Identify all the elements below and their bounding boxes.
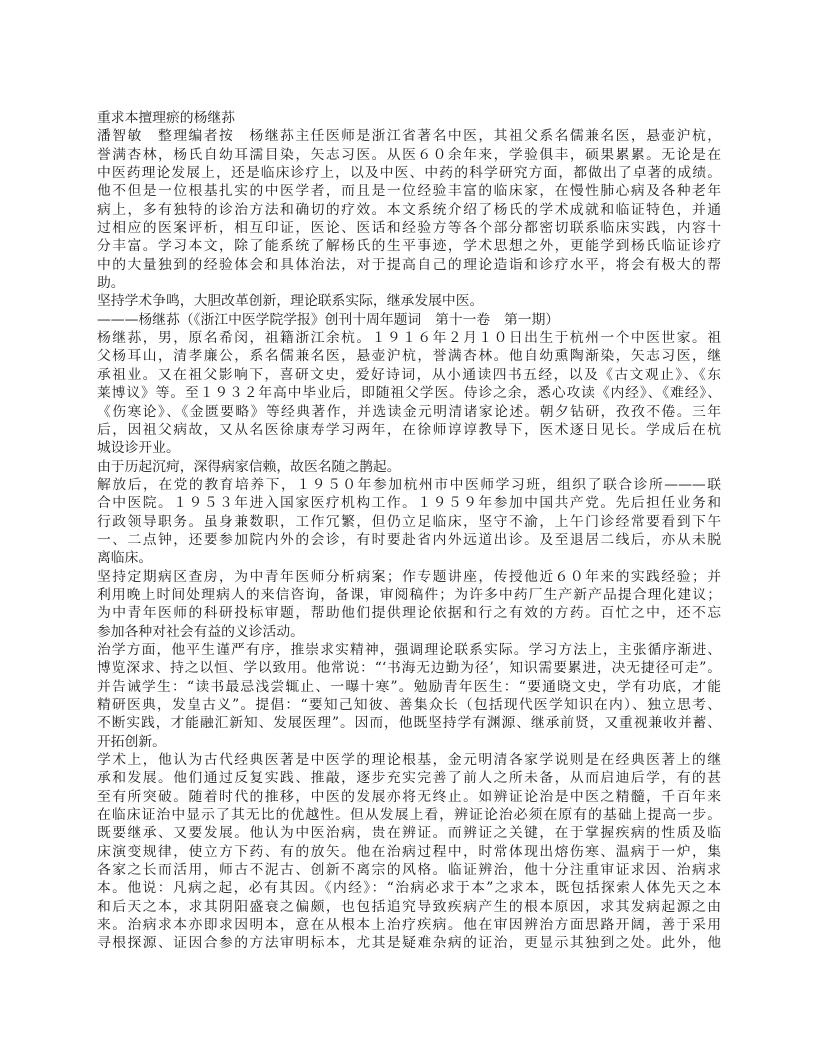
text-line: 他不但是一位根基扎实的中医学者，而且是一位经验丰富的临床家，在慢性肺心病及各种老… — [97, 182, 721, 200]
text-line: 坚持学术争鸣，大胆改革创新，理论联系实际，继承发展中医。 — [97, 292, 721, 310]
text-line: 杨继荪，男，原名希闵，祖籍浙江余杭。１９１６年２月１０日出生于杭州一个中医世家。… — [97, 329, 721, 347]
text-line: 在临床证治中显示了其无比的优越性。但从发展上看，辨证论治必须在原有的基础上提高一… — [97, 806, 721, 824]
text-line: 不断实践，才能融汇新知、发展医理”。因而，他既坚持学有渊源、继承前贤，又重视兼收… — [97, 714, 721, 732]
text-line: 解放后，在党的教育培养下，１９５０年参加杭州市中医师学习班，组织了联合诊所———… — [97, 476, 721, 494]
document-text: 重求本擅理瘀的杨继荪 潘智敏 整理编者按 杨继荪主任医师是浙江省著名中医，其祖父… — [97, 109, 721, 953]
text-line: 利用晚上时间处理病人的来信咨询，备课，审阅稿件；为许多中药厂生产新产品提合理化建… — [97, 586, 721, 604]
text-line: 誉满杏林，杨氏自幼耳濡目染，矢志习医。从医６０余年来，学验俱丰，硕果累累。无论是… — [97, 146, 721, 164]
document-title: 重求本擅理瘀的杨继荪 — [97, 109, 721, 127]
text-line: 过相应的医案评析，相互印证，医论、医话和经验方等各个部分都密切联系临床实践，内容… — [97, 219, 721, 237]
text-line: 城设诊开业。 — [97, 439, 721, 457]
text-line: 后，因祖父病故，又从名医徐康寿学习两年，在徐师谆谆教导下，医术逐日见长。学成后在… — [97, 421, 721, 439]
text-line: 床演变规律，使立方下药、有的放矢。他在治病过程中，时常体现出熔伤寒、温病于一炉，… — [97, 843, 721, 861]
text-line: 治学方面，他平生谨严有序，推崇求实精神，强调理论联系实际。学习方法上，主张循序渐… — [97, 641, 721, 659]
text-line: 并告诫学生：“读书最忌浅尝辄止、一曝十寒”。勉励青年医生：“要通晓文史，学有功底… — [97, 678, 721, 696]
text-line: 各家之长而活用，师古不泥古、创新不离宗的风格。临证辨治，他十分注重审证求因、治病… — [97, 861, 721, 879]
text-line: 既要继承、又要发展。他认为中医治病，贵在辨证。而辨证之关键，在于掌握疾病的性质及… — [97, 824, 721, 842]
text-line: 行政领导职务。虽身兼数职，工作冗繁，但仍立足临床，坚守不渝，上午门诊经常要看到下… — [97, 513, 721, 531]
text-line: 《伤寒论》、《金匮要略》等经典著作，并选读金元明清诸家论述。朝夕钻研，孜孜不倦。… — [97, 403, 721, 421]
text-line-citation: ———杨继荪（《浙江中医学院学报》创刊十周年题词 第十一卷 第一期） — [97, 311, 721, 329]
text-line: 学术上，他认为古代经典医著是中医学的理论根基，金元明清各家学说则是在经典医著上的… — [97, 751, 721, 769]
text-line: 参加各种对社会有益的义诊活动。 — [97, 623, 721, 641]
text-line: 承祖业。又在祖父影响下，喜研文史，爱好诗词，从小通读四书五经，以及《古文观止》、… — [97, 366, 721, 384]
text-line: 承和发展。他们通过反复实践、推敲，逐步充实完善了前人之所未备，从而启迪后学，有的… — [97, 769, 721, 787]
text-line: 寻根探源、证因合参的方法审明标本，尤其是疑难杂病的证治，更显示其独到之处。此外，… — [97, 934, 721, 952]
text-line: 坚持定期病区查房，为中青年医师分析病案；作专题讲座，传授他近６０年来的实践经验；… — [97, 568, 721, 586]
text-line: 一、二点钟，还要参加院内外的会诊，有时要赴省内外远道出诊。及至退居二线后，亦从未… — [97, 531, 721, 549]
text-line: 合中医院。１９５３年进入国家医疗机构工作。１９５９年参加中国共产党。先后担任业务… — [97, 494, 721, 512]
document-page: 重求本擅理瘀的杨继荪 潘智敏 整理编者按 杨继荪主任医师是浙江省著名中医，其祖父… — [0, 0, 816, 1056]
text-line: 病上，多有独特的诊治方法和确切的疗效。本文系统介绍了杨氏的学术成就和临证特色，并… — [97, 201, 721, 219]
text-line: 分丰富。学习本文，除了能系统了解杨氏的生平事迹，学术思想之外，更能学到杨氏临证诊… — [97, 237, 721, 255]
text-line: 本。他说：凡病之起，必有其因。《内经》：“治病必求于本”之求本，既包括探索人体先… — [97, 879, 721, 897]
text-line: 助。 — [97, 274, 721, 292]
text-line: 为中青年医师的科研投标审题，帮助他们提供理论依据和行之有效的方药。百忙之中，还不… — [97, 604, 721, 622]
text-line: 开拓创新。 — [97, 733, 721, 751]
text-line: 博览深求、持之以恒、学以致用。他常说：“‘书海无边勤为径’，知识需要累进，决无捷… — [97, 659, 721, 677]
text-line: 精研医典，发皇古义”。提倡：“要知己知彼、善集众长（包括现代医学知识在内）、独立… — [97, 696, 721, 714]
text-line: 由于历起沉疴，深得病家信赖，故医名随之鹊起。 — [97, 458, 721, 476]
text-line: 潘智敏 整理编者按 杨继荪主任医师是浙江省著名中医，其祖父系名儒兼名医，悬壶沪杭… — [97, 127, 721, 145]
text-line: 至有所突破。随着时代的推移，中医的发展亦将无终止。如辨证论治是中医之精髓，千百年… — [97, 788, 721, 806]
text-line: 和后天之本，求其阴阳盛衰之偏颇，也包括追究导致疾病产生的根本原因，求其发病起源之… — [97, 898, 721, 916]
text-line: 中医药理论发展上，还是临床诊疗上，以及中医、中药的科学研究方面，都做出了卓著的成… — [97, 164, 721, 182]
text-line: 莱博议》等。至１９３２年高中毕业后，即随祖父学医。侍诊之余，悉心攻读《内经》、《… — [97, 384, 721, 402]
text-line: 父杨耳山，清孝廉公，系名儒兼名医，悬壶沪杭，誉满杏林。他自幼熏陶渐染，矢志习医，… — [97, 347, 721, 365]
text-line: 中的大量独到的经验体会和具体治法，对于提高自己的理论造诣和诊疗水平，将会有极大的… — [97, 256, 721, 274]
text-line: 离临床。 — [97, 549, 721, 567]
text-line: 来。治病求本亦即求因明本，意在从根本上治疗疾病。他在审因辨治方面思路开阔，善于采… — [97, 916, 721, 934]
